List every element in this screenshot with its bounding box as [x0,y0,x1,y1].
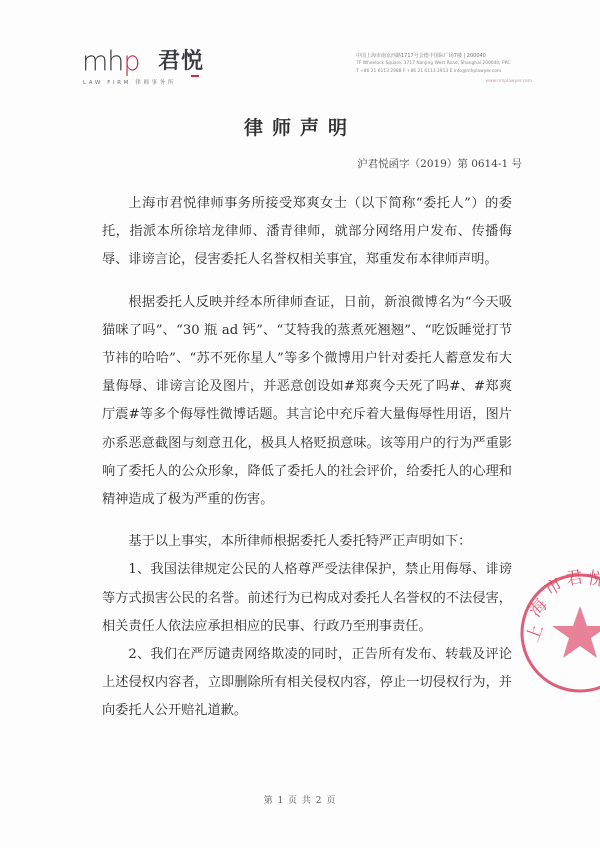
official-seal: 上 海 市 君 悦 [515,568,600,698]
paragraph-point-1: 1、我国法律规定公民的人格尊严受法律保护，禁止用侮辱、诽谤等方式损害公民的名誉。… [102,556,512,641]
paragraph-point-2: 2、我们在严厉谴责网络欺凌的同时，正告所有发布、转载及评论上述侵权内容者，立即删… [102,641,512,726]
svg-text:海: 海 [526,595,552,621]
address-chinese: 中国上海市南京西路1717号会德丰国际广场7楼 | 200040 [356,52,532,60]
logo-chinese-name: 君悦 [158,49,204,75]
logo-subtitle: LAW FIRM 律师事务所 [83,78,176,86]
svg-text:君: 君 [564,568,584,590]
paragraph-statement-lead: 基于以上事实，本所律师根据委托人委托特严正声明如下： [102,528,512,556]
firm-address-block: 中国上海市南京西路1717号会德丰国际广场7楼 | 200040 7F Whee… [356,52,532,86]
reference-number: 沪君悦函字（2019）第 0614-1 号 [357,156,522,171]
paragraph-facts: 根据委托人反映并经本所律师查证，日前，新浪微博名为“今天吸猫咪了吗”、“30 瓶… [102,289,512,515]
logo-mark-accent: p [123,46,139,77]
logo-accent-line [191,75,199,77]
paragraph-intro: 上海市君悦律师事务所接受郑爽女士（以下简称“委托人”）的委托，指派本所徐培龙律师… [102,190,512,275]
logo-mark: mhp [82,47,140,77]
firm-logo: mhp 君悦 LAW FIRM 律师事务所 [82,47,262,87]
svg-text:悦: 悦 [586,568,600,591]
page-indicator: 第 1 页 共 2 页 [0,793,600,806]
address-english: 7F Wheelock Square, 1717 Nanjing West Ro… [356,60,532,68]
seal-star-icon: 上 海 市 君 悦 [515,568,600,698]
website: www.mhplawyer.com [356,78,532,86]
document-title: 律师声明 [0,113,600,140]
document-body: 上海市君悦律师事务所接受郑爽女士（以下简称“委托人”）的委托，指派本所徐培龙律师… [102,190,512,726]
svg-text:上: 上 [523,622,548,645]
letter-page: mhp 君悦 LAW FIRM 律师事务所 中国上海市南京西路1717号会德丰国… [0,0,600,848]
logo-mark-prefix: mh [82,46,123,77]
contact-line: T +86 21 6113 2988 F +86 21 6113 2913 E … [356,68,532,76]
